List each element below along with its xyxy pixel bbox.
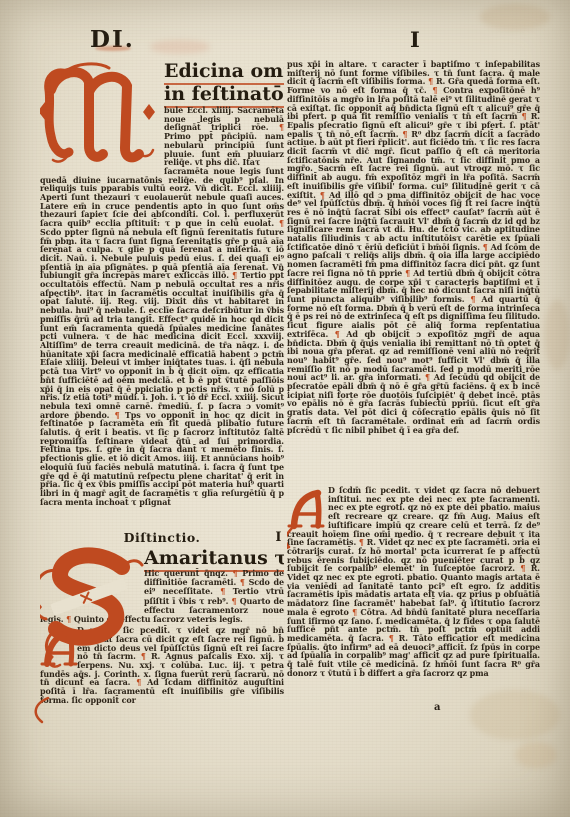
rubric-mark: ¶ [405,268,410,278]
rubric-mark: ¶ [425,372,430,382]
rubric-mark: ¶ [522,111,527,121]
left-column-upper: M Edicina omniū in feſtinatōe ne bule Ec… [40,60,284,530]
rubric-mark: ¶ [233,568,238,578]
rubric-mark: ¶ [470,294,475,304]
distinctio-numeral: I [275,530,282,545]
rubric-mark: ¶ [359,537,364,547]
rubric-mark: ¶ [483,242,488,252]
rubric-mark: ¶ [232,270,237,280]
rubric-mark: ¶ [279,218,284,228]
initial-s-ornament-icon: S [40,549,140,613]
stain-top-right [480,4,550,30]
right-column-upper: pus xp̄i in altare. τ caracter ī baptiſm… [287,60,540,487]
rubric-mark: ¶ [136,677,141,687]
initial-a-right-drawing [287,487,325,549]
margin-flourish-icon [30,696,52,724]
rubric-mark: ¶ [240,577,245,587]
rubric-mark: ¶ [335,329,340,339]
left-column-lower: Diſtinctio. I S Amaritan [40,530,284,714]
folio-header-right: I [410,27,420,52]
rubric-mark: ¶ [389,633,394,643]
right-column-lower: A D ſcdm̄ ſic pcedit̄. τ videt̄ qz ſacra… [287,486,540,704]
rubric-mark: ¶ [520,563,525,573]
rubric-mark: ¶ [432,85,437,95]
stain-bottom [515,742,557,768]
left-body-text: ſacramēta noue legis ſunt quedā diuine i… [40,167,284,506]
rubric-mark: ¶ [320,190,325,200]
incunabulum-page: DI. I M Edicina omniū in feſtinatōe ne b… [0,0,570,817]
right-body-text-1: pus xp̄i in altare. τ caracter ī baptiſm… [287,60,540,434]
rubric-mark: ¶ [279,122,284,132]
initial-m-drawing [40,60,163,172]
signature-mark: a [434,702,440,713]
rubric-mark: ¶ [352,607,357,617]
rubric-mark: ¶ [232,596,237,606]
rubric-mark: ¶ [115,410,120,420]
initial-m-ornament-icon: M [40,60,160,168]
rubric-mark: ¶ [402,129,407,139]
stain-right-edge [544,300,570,370]
rubric-mark: ¶ [220,586,225,596]
initial-a-right-icon: A [287,487,325,525]
red-smear-under-header [95,46,131,51]
stain-header-pink [150,40,210,54]
initial-a-left-icon: A [40,627,74,663]
initial-a-left-drawing [40,627,76,667]
samaritanus-section: S Amaritanus τc. Hic querunt̄ q̄nqz. ¶ P… [40,547,284,624]
